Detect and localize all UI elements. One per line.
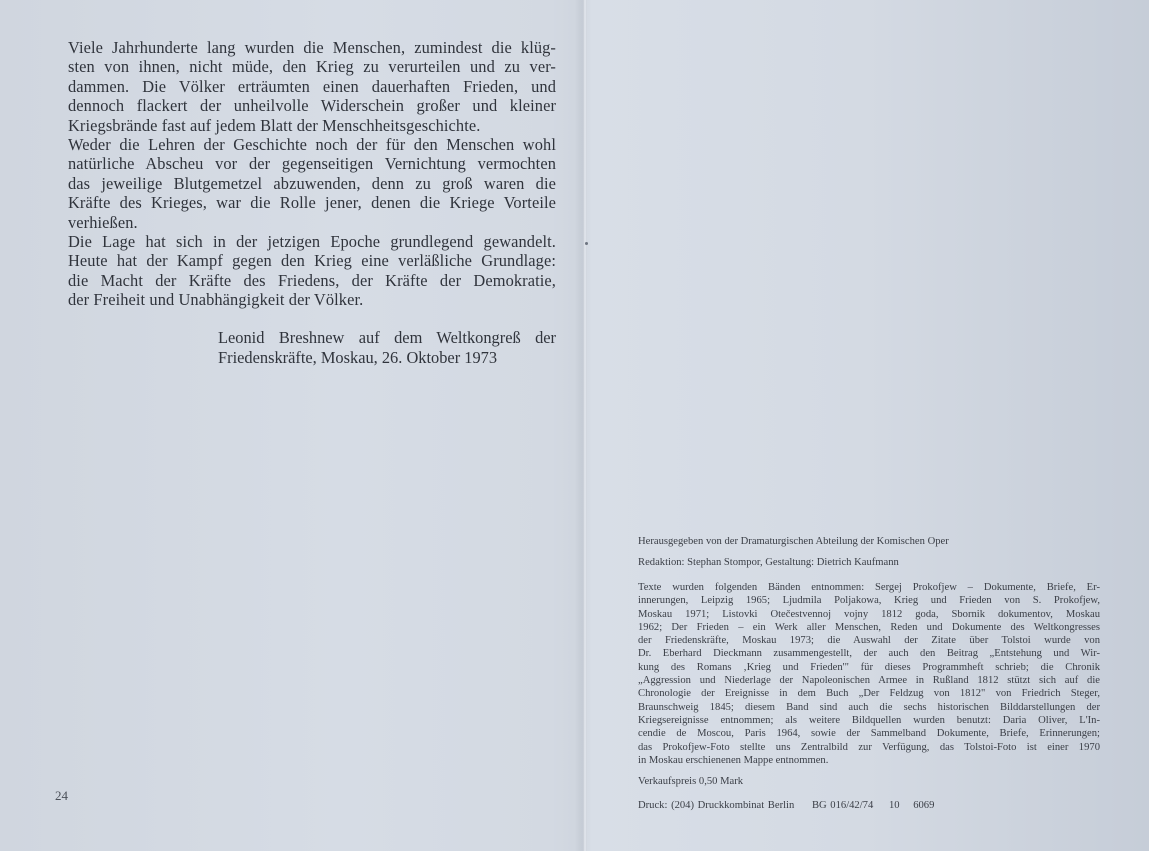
spine-shadow <box>575 0 583 851</box>
quote-line: dammen. Die Völker erträumten einen daue… <box>68 77 556 96</box>
attribution-line: Leonid Breshnew auf dem Weltkongreß der <box>218 328 556 348</box>
quote-line: Kriegsbrände fast auf jedem Blatt der Me… <box>68 116 556 135</box>
quote-line: das jeweilige Blutgemetzel abzuwenden, d… <box>68 174 556 193</box>
sources-line: Moskau 1971; Listovki Otečestvennoj vojn… <box>638 608 1100 621</box>
print-line: Druck: (204) Druckkombinat Berlin BG 016… <box>638 800 934 811</box>
publisher-line: Herausgegeben von der Dramaturgischen Ab… <box>638 536 949 547</box>
quote-text: Viele Jahrhunderte lang wurden die Mensc… <box>68 38 556 310</box>
order-number: 6069 <box>913 800 934 811</box>
page-number: 24 <box>55 788 68 804</box>
book-spine <box>583 0 587 851</box>
sources-line: Chronologie der Ereignisse in dem Buch „… <box>638 687 1100 700</box>
quote-line: sten von ihnen, nicht müde, den Krieg zu… <box>68 57 556 76</box>
sources-line: der Friedenskräfte, Moskau 1973; die Aus… <box>638 634 1100 647</box>
sources-line: „Aggression und Niederlage der Napoleoni… <box>638 674 1100 687</box>
sources-line: innerungen, Leipzig 1965; Ljudmila Polja… <box>638 594 1100 607</box>
sources-paragraph: Texte wurden folgenden Bänden entnommen:… <box>638 581 1100 767</box>
quote-line: Heute hat der Kampf gegen den Krieg eine… <box>68 251 556 270</box>
sources-line: Braunschweig 1845; diesem Band sind auch… <box>638 701 1100 714</box>
sources-line: in Moskau erschienenen Mappe entnommen. <box>638 754 1100 767</box>
quote-line: Viele Jahrhunderte lang wurden die Mensc… <box>68 38 556 57</box>
sources-line: Dr. Eberhard Dieckmann zusammengestellt,… <box>638 647 1100 660</box>
printer-name: Druck: (204) Druckkombinat Berlin <box>638 800 794 811</box>
license-code: BG 016/42/74 <box>812 800 873 811</box>
quote-line: Weder die Lehren der Geschichte noch der… <box>68 135 556 154</box>
right-page: Herausgegeben von der Dramaturgischen Ab… <box>590 0 1149 851</box>
price-line: Verkaufspreis 0,50 Mark <box>638 776 743 787</box>
quote-line: dennoch flackert der unheilvolle Widersc… <box>68 96 556 115</box>
quote-attribution: Leonid Breshnew auf dem Weltkongreß der … <box>218 328 556 368</box>
quote-line: Die Lage hat sich in der jetzigen Epoche… <box>68 232 556 251</box>
sources-line: Kriegsereignisse entnommen; als weitere … <box>638 714 1100 727</box>
quote-line: verhießen. <box>68 213 556 232</box>
quote-line: die Macht der Kräfte des Friedens, der K… <box>68 271 556 290</box>
quote-line: natürliche Abscheu vor der gegenseitigen… <box>68 154 556 173</box>
attribution-line: Friedenskräfte, Moskau, 26. Oktober 1973 <box>218 348 556 368</box>
quote-line: Kräfte des Krieges, war die Rolle jener,… <box>68 193 556 212</box>
crease-mark <box>585 242 588 245</box>
print-number: 10 <box>889 800 900 811</box>
editors-line: Redaktion: Stephan Stompor, Gestaltung: … <box>638 557 899 568</box>
sources-line: Texte wurden folgenden Bänden entnommen:… <box>638 581 1100 594</box>
sources-line: cendie de Moscou, Paris 1964, sowie der … <box>638 727 1100 740</box>
left-page: Viele Jahrhunderte lang wurden die Mensc… <box>0 0 585 851</box>
sources-line: 1962; Der Frieden – ein Werk aller Mensc… <box>638 621 1100 634</box>
sources-line: kung des Romans ‚Krieg und Frieden'" für… <box>638 661 1100 674</box>
sources-line: das Prokofjew-Foto stellte uns Zentralbi… <box>638 741 1100 754</box>
booklet-spread: Viele Jahrhunderte lang wurden die Mensc… <box>0 0 1149 851</box>
quote-line: der Freiheit und Unabhängigkeit der Völk… <box>68 290 556 309</box>
